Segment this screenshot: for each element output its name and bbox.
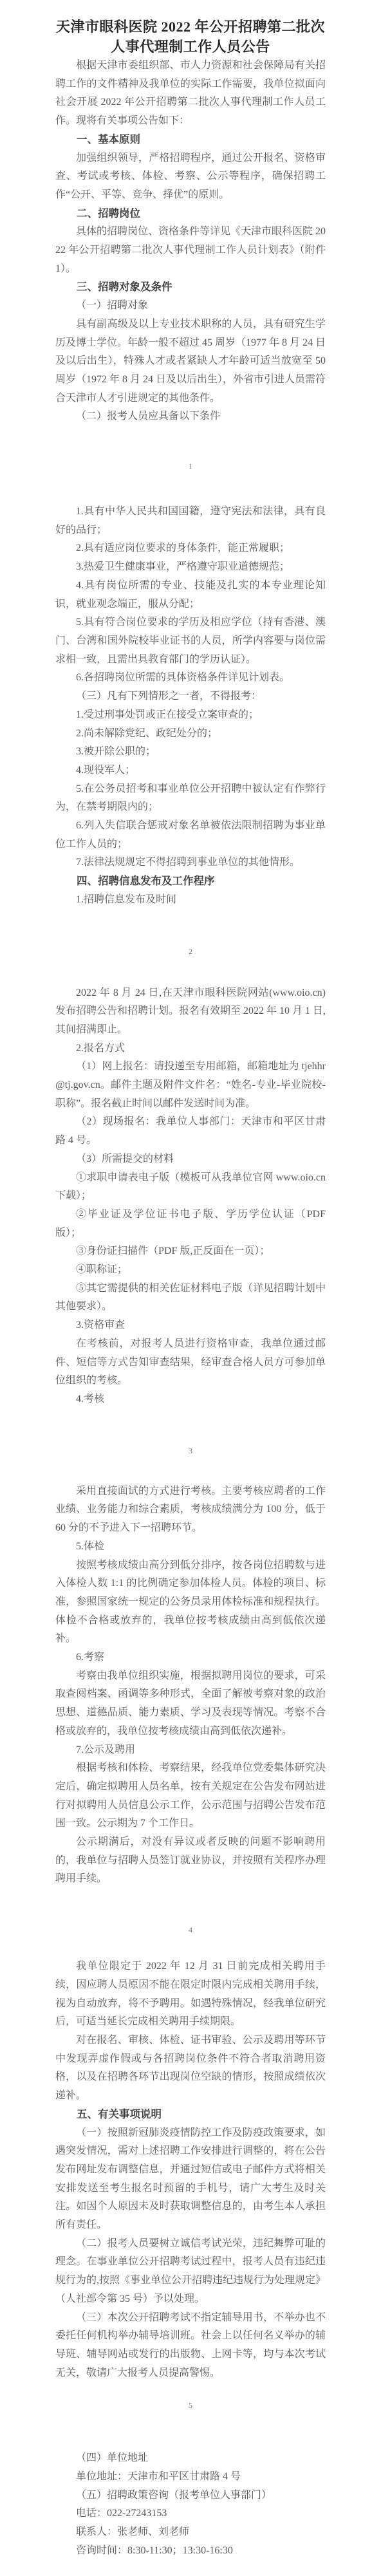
paragraph: 1.受过刑事处罚或正在接受立案审查的； [55,706,326,725]
paragraph: 7.法律法规规定不得招聘到事业单位的其他情形。 [55,854,326,872]
sub-heading: （五）招聘政策咨询（报考单位人事部门） [55,2487,326,2505]
paragraph: 2.具有适应岗位要求的身体条件，能正常履职； [55,539,326,558]
sub-heading: （三）凡有下列情形之一者，不得报考： [55,687,326,706]
paragraph: 单位地址：天津市和平区甘肃路 4 号 [55,2468,326,2487]
paragraph: 4.现役军人； [55,761,326,780]
section-heading: 四、招聘信息发布及工作程序 [55,872,326,891]
paragraph: 1.具有中华人民共和国国籍，遵守宪法和法律，具有良好的品行； [55,503,326,539]
section-heading: 五、有关事项说明 [55,2105,326,2124]
paragraph: 按照考核成绩由高分到低分排序，按各岗位招聘数与进入体检人数 1:1 的比例确定参… [55,1556,326,1649]
paragraph: 对在报名、审核、体检、证书审验、公示及聘用等环节中发现弄虚作假或与各招聘岗位条件… [55,2031,326,2105]
paragraph: 采用直接面试的方式进行考核。主要考核应聘者的工作业绩、业务能力和综合素质，考核成… [55,1482,326,1538]
section-heading: 二、招聘岗位 [55,205,326,223]
page-number: 5 [55,2399,326,2412]
paragraph: （2）现场报名：我单位人事部门：天津市和平区甘肃路 4 号。 [55,1113,326,1150]
sub-heading: （四）单位地址 [55,2449,326,2468]
document-title: 天津市眼科医院 2022 年公开招聘第二批次 人事代理制工作人员公告 [55,17,326,57]
paragraph: 我单位限定于 2022 年 12 月 31 日前完成相关聘用手续，因应聘人员原因… [55,1957,326,2031]
page-number: 2 [55,945,326,958]
paragraph: 根据天津市委组织部、市人力资源和社会保障局有关招聘工作的文件精神及我单位的实际工… [55,57,326,131]
paragraph: 3.热爱卫生健康事业，严格遵守职业道德规范； [55,558,326,577]
paragraph: 2022 年 8 月 24 日,在天津市眼科医院网站(www.oio.cn)发布… [55,984,326,1040]
paragraph: （3）所需提交的材料 [55,1150,326,1169]
sub-heading: （一）招聘对象 [55,297,326,315]
paragraph: 咨询时间：8:30-11:30；13:30-16:30 [55,2542,326,2561]
paragraph: 5.具有符合岗位要求的学历及相应学位（持有香港、澳门、台湾和国外院校毕业证书的人… [55,613,326,669]
paragraph: （三）本次公开招聘考试不指定辅导用书，不举办也不委托任何机构举办辅导培训班。社会… [55,2309,326,2383]
document-title-line1: 天津市眼科医院 2022 年公开招聘第二批次 [55,17,326,37]
page-number: 3 [55,1444,326,1457]
paragraph: 6.考察 [55,1648,326,1667]
paragraph: （二）报考人员要树立诚信考试光荣，违纪舞弊可耻的理念。在事业单位公开招聘考试过程… [55,2235,326,2309]
document-title-line2: 人事代理制工作人员公告 [55,37,326,57]
paragraph: 3.资格审查 [55,1316,326,1335]
paragraph: 联系人：张老师、刘老师 [55,2523,326,2542]
paragraph: 在考核前，对报考人员进行资格审查，我单位通过邮件、短信等方式告知审查结果，经审查… [55,1335,326,1390]
section-heading: 三、招聘对象及条件 [55,278,326,297]
paragraph: 考察由我单位组织实施，根据拟聘用岗位的要求，可采取查阅档案、函调等多种形式，全面… [55,1667,326,1741]
paragraph: 公示期满后，对没有异议或者反映的问题不影响聘用的，我单位与招聘人员签订就业协议，… [55,1833,326,1889]
paragraph: 加强组织领导，严格招聘程序，通过公开报名、资格审查、考试或考核、体检、考察、公示… [55,149,326,205]
paragraph: 6.各招聘岗位所需的具体资格条件详见计划表。 [55,669,326,687]
doc-body: 根据天津市委组织部、市人力资源和社会保障局有关招聘工作的文件精神及我单位的实际工… [55,57,326,2561]
sub-heading: （二）报考人员应具备以下条件 [55,407,326,426]
paragraph: ④职称证； [55,1261,326,1280]
paragraph: 5.体检 [55,1538,326,1556]
paragraph: 5.在公务员招考和事业单位公开招聘中被认定有作弊行为，在禁考期限内的； [55,780,326,817]
paragraph: ③身份证扫描件（PDF 版,正反面在一页）； [55,1242,326,1261]
paragraph: 2.报名方式 [55,1040,326,1058]
paragraph: 4.具有岗位所需的专业、技能及扎实的本专业理论知识，就业观念端正，服从分配； [55,577,326,613]
paragraph: ⑤其它需提供的相关佐证材料电子版（详见招聘计划中其他要求）。 [55,1280,326,1316]
paragraph: 具体的招聘岗位、资格条件等详见《天津市眼科医院 2022 年公开招聘第二批次人事… [55,223,326,278]
page-number: 4 [55,1923,326,1936]
section-heading: 一、基本原则 [55,131,326,149]
paragraph: 7.公示及聘用 [55,1741,326,1760]
paragraph: 具有副高级及以上专业技术职称的人员，具有研究生学历及博士学位。年龄一般不超过 4… [55,315,326,408]
paragraph: （1）网上报名：请投递至专用邮箱，邮箱地址为 tjehhr@tj.gov.cn。… [55,1058,326,1113]
page-number: 1 [55,460,326,472]
paragraph: ②毕业证及学位证书电子版、学历学位认证（PDF 版）； [55,1206,326,1242]
announcement-document: 天津市眼科医院 2022 年公开招聘第二批次 人事代理制工作人员公告 根据天津市… [0,0,381,2576]
paragraph: 电话：022-27243153 [55,2505,326,2523]
paragraph: 3.被开除公职的； [55,743,326,761]
paragraph: 2.尚未解除党纪、政纪处分的； [55,725,326,743]
paragraph: （一）按照新冠肺炎疫情防控工作及防疫政策要求，如遇突发情况，需对上述招聘工作安排… [55,2124,326,2235]
paragraph: ①求职申请表电子版（模板可从我单位官网 www.oio.cn 下载）； [55,1169,326,1206]
paragraph: 4.考核 [55,1390,326,1409]
paragraph: 1.招聘信息发布及时间 [55,891,326,910]
paragraph: 根据考核和体检、考察结果，经我单位党委集体研究决定后，确定拟聘用人员名单，按有关… [55,1759,326,1833]
paragraph: 6.列入失信联合惩戒对象名单被依法限制招聘为事业单位工作人员的； [55,817,326,854]
